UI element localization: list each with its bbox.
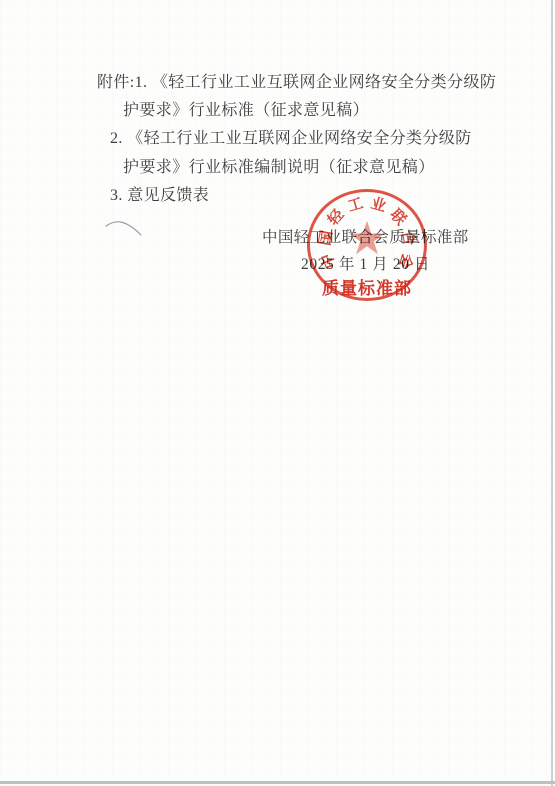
- seal-arc-char: 合: [398, 229, 416, 247]
- seal-arc-char: 中: [319, 250, 340, 271]
- attachment-line-1-wrap: 护要求》行业标准（征求意见稿）: [123, 102, 369, 120]
- scan-edge-right: [551, 0, 553, 786]
- star-icon: ★: [346, 215, 387, 261]
- pen-stroke-mark: [103, 218, 147, 240]
- seal-arc-char: 轻: [325, 206, 348, 229]
- seal-arc-char: 联: [386, 206, 409, 229]
- official-seal: 中 国 轻 工 业 联 合 会 ★ 质量标准部: [307, 189, 427, 301]
- seal-arc-char: 会: [394, 250, 415, 271]
- scan-edge-bottom: [0, 781, 555, 784]
- attachment-line-1: 附件:1. 《轻工行业工业互联网企业网络安全分类分级防: [97, 74, 496, 92]
- seal-arc-char: 国: [317, 229, 335, 247]
- attachment-line-2: 2. 《轻工行业工业互联网企业网络安全分类分级防: [110, 130, 472, 148]
- seal-department-label: 质量标准部: [310, 274, 424, 299]
- scanned-document-page: 附件:1. 《轻工行业工业互联网企业网络安全分类分级防 护要求》行业标准（征求意…: [0, 0, 555, 786]
- attachment-line-3: 3. 意见反馈表: [110, 187, 209, 205]
- attachment-line-2-wrap: 护要求》行业标准编制说明（征求意见稿）: [123, 159, 435, 177]
